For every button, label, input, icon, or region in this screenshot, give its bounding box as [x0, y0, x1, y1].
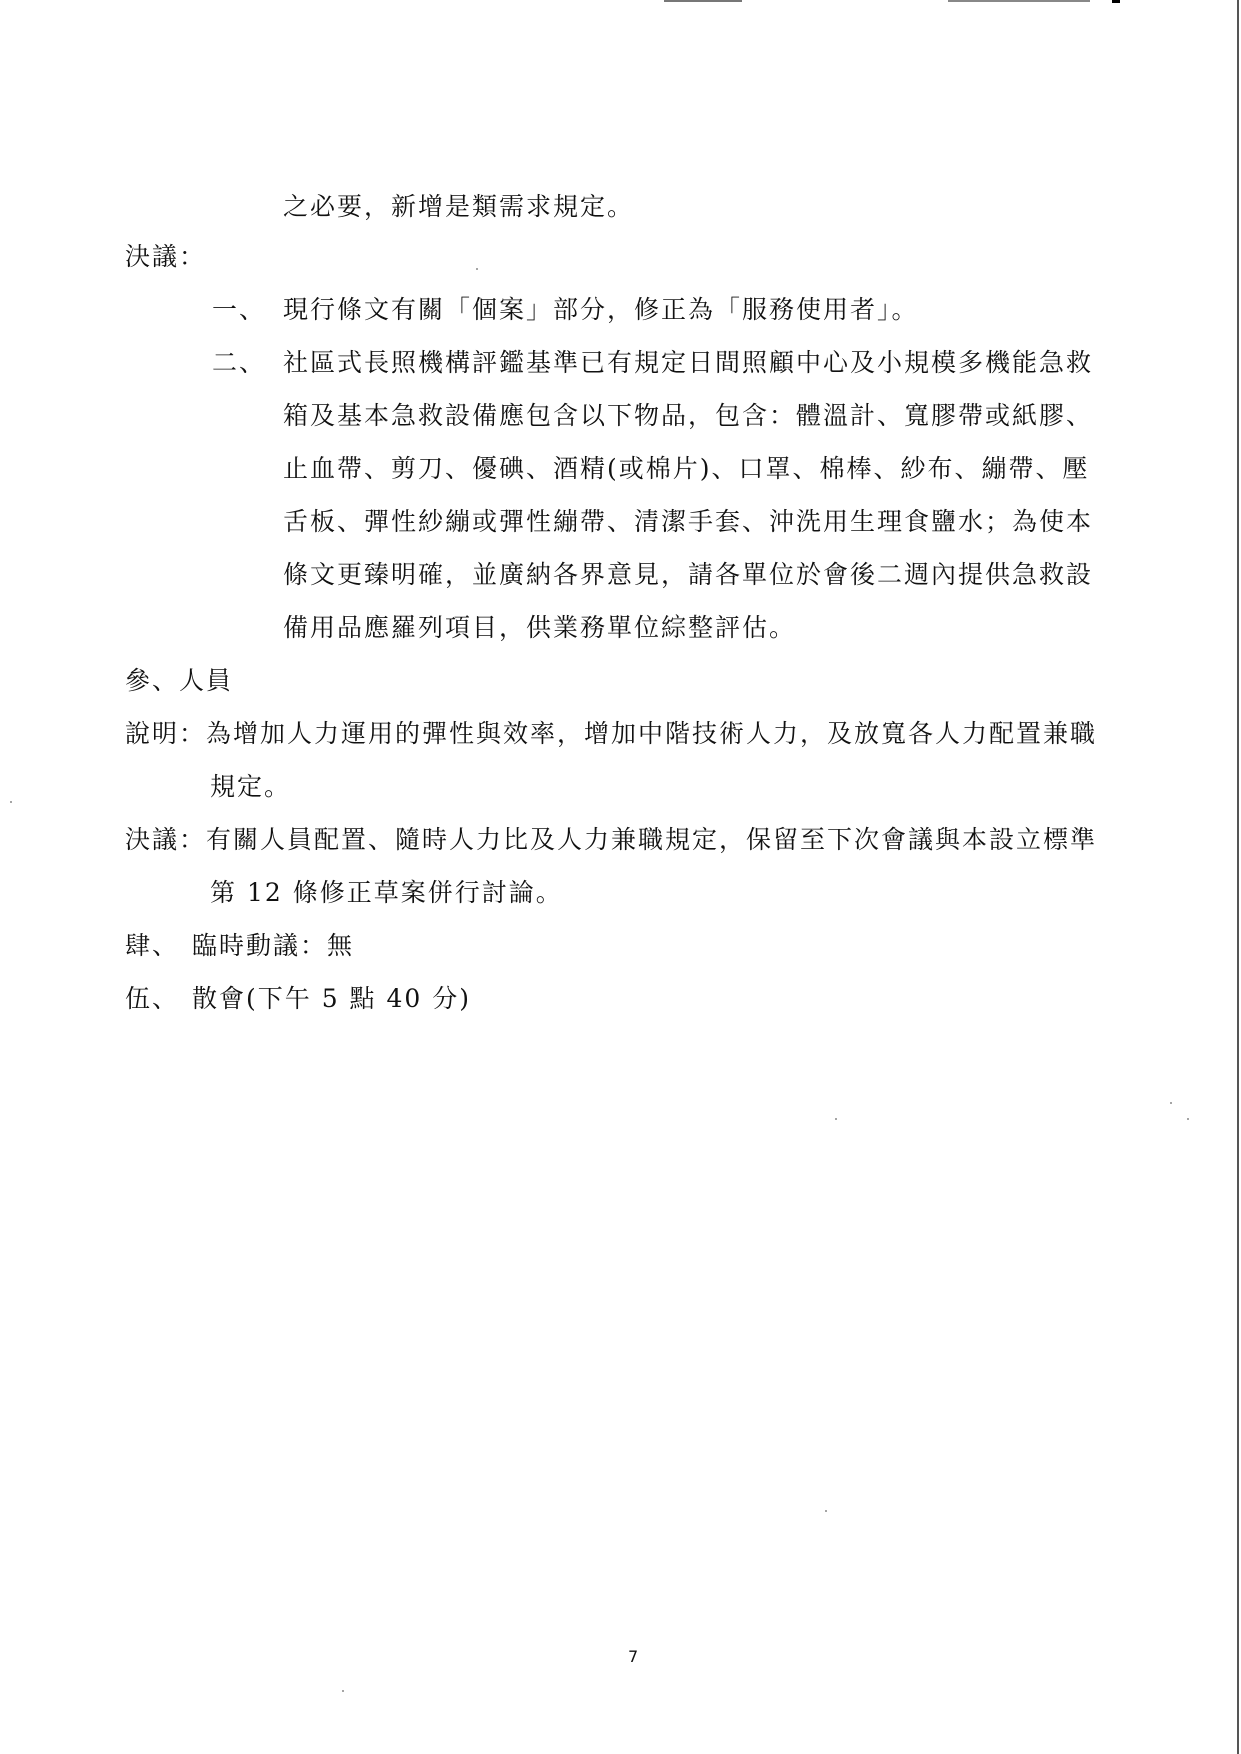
item-text: 止血帶、剪刀、優碘、酒精(或棉片)、口罩、棉棒、紗布、繃帶、壓: [283, 454, 1090, 484]
item-text: 備用品應羅列項目，供業務單位綜整評估。: [283, 613, 796, 643]
scan-speck: [825, 1510, 827, 1512]
section-heading: 散會(下午 5 點 40 分): [192, 984, 471, 1014]
resolution-text: 第 12 條修正草案併行討論。: [210, 878, 563, 908]
section-heading: 參、人員: [125, 666, 233, 696]
resolution-label: 決議：: [125, 242, 206, 272]
item-text: 現行條文有關「個案」部分，修正為「服務使用者」。: [283, 295, 919, 325]
item-text: 條文更臻明確，並廣納各界意見，請各單位於會後二週內提供急救設: [283, 560, 1093, 590]
scan-speck: [10, 801, 12, 803]
scan-speck: [1170, 1102, 1172, 1104]
scan-speck: [1187, 1118, 1189, 1120]
scan-speck: [342, 1690, 344, 1692]
scan-speck: [476, 268, 478, 270]
scan-artifact-corner: [1112, 0, 1120, 3]
scan-artifact-right-edge: [1237, 0, 1239, 1754]
section-number: 伍、: [125, 984, 179, 1014]
explanation-text: 規定。: [210, 772, 291, 802]
resolution-text: 決議：有關人員配置、隨時人力比及人力兼職規定，保留至下次會議與本設立標準: [125, 825, 1097, 855]
item-text: 社區式長照機構評鑑基準已有規定日間照顧中心及小規模多機能急救: [283, 348, 1093, 378]
scan-speck: [835, 1118, 837, 1120]
page-number: 7: [628, 1647, 638, 1666]
item-text: 箱及基本急救設備應包含以下物品，包含：體溫計、寬膠帶或紙膠、: [283, 401, 1093, 431]
continuation-text: 之必要，新增是類需求規定。: [283, 192, 634, 222]
item-number: 一、: [212, 295, 266, 325]
explanation-text: 說明：為增加人力運用的彈性與效率，增加中階技術人力，及放寬各人力配置兼職: [125, 719, 1097, 749]
section-heading: 臨時動議：無: [192, 931, 354, 961]
scan-artifact-top-line: [664, 0, 742, 2]
item-text: 舌板、彈性紗繃或彈性繃帶、清潔手套、沖洗用生理食鹽水；為使本: [283, 507, 1093, 537]
item-number: 二、: [212, 348, 266, 378]
section-number: 肆、: [125, 931, 179, 961]
scan-artifact-top-line: [948, 0, 1090, 2]
